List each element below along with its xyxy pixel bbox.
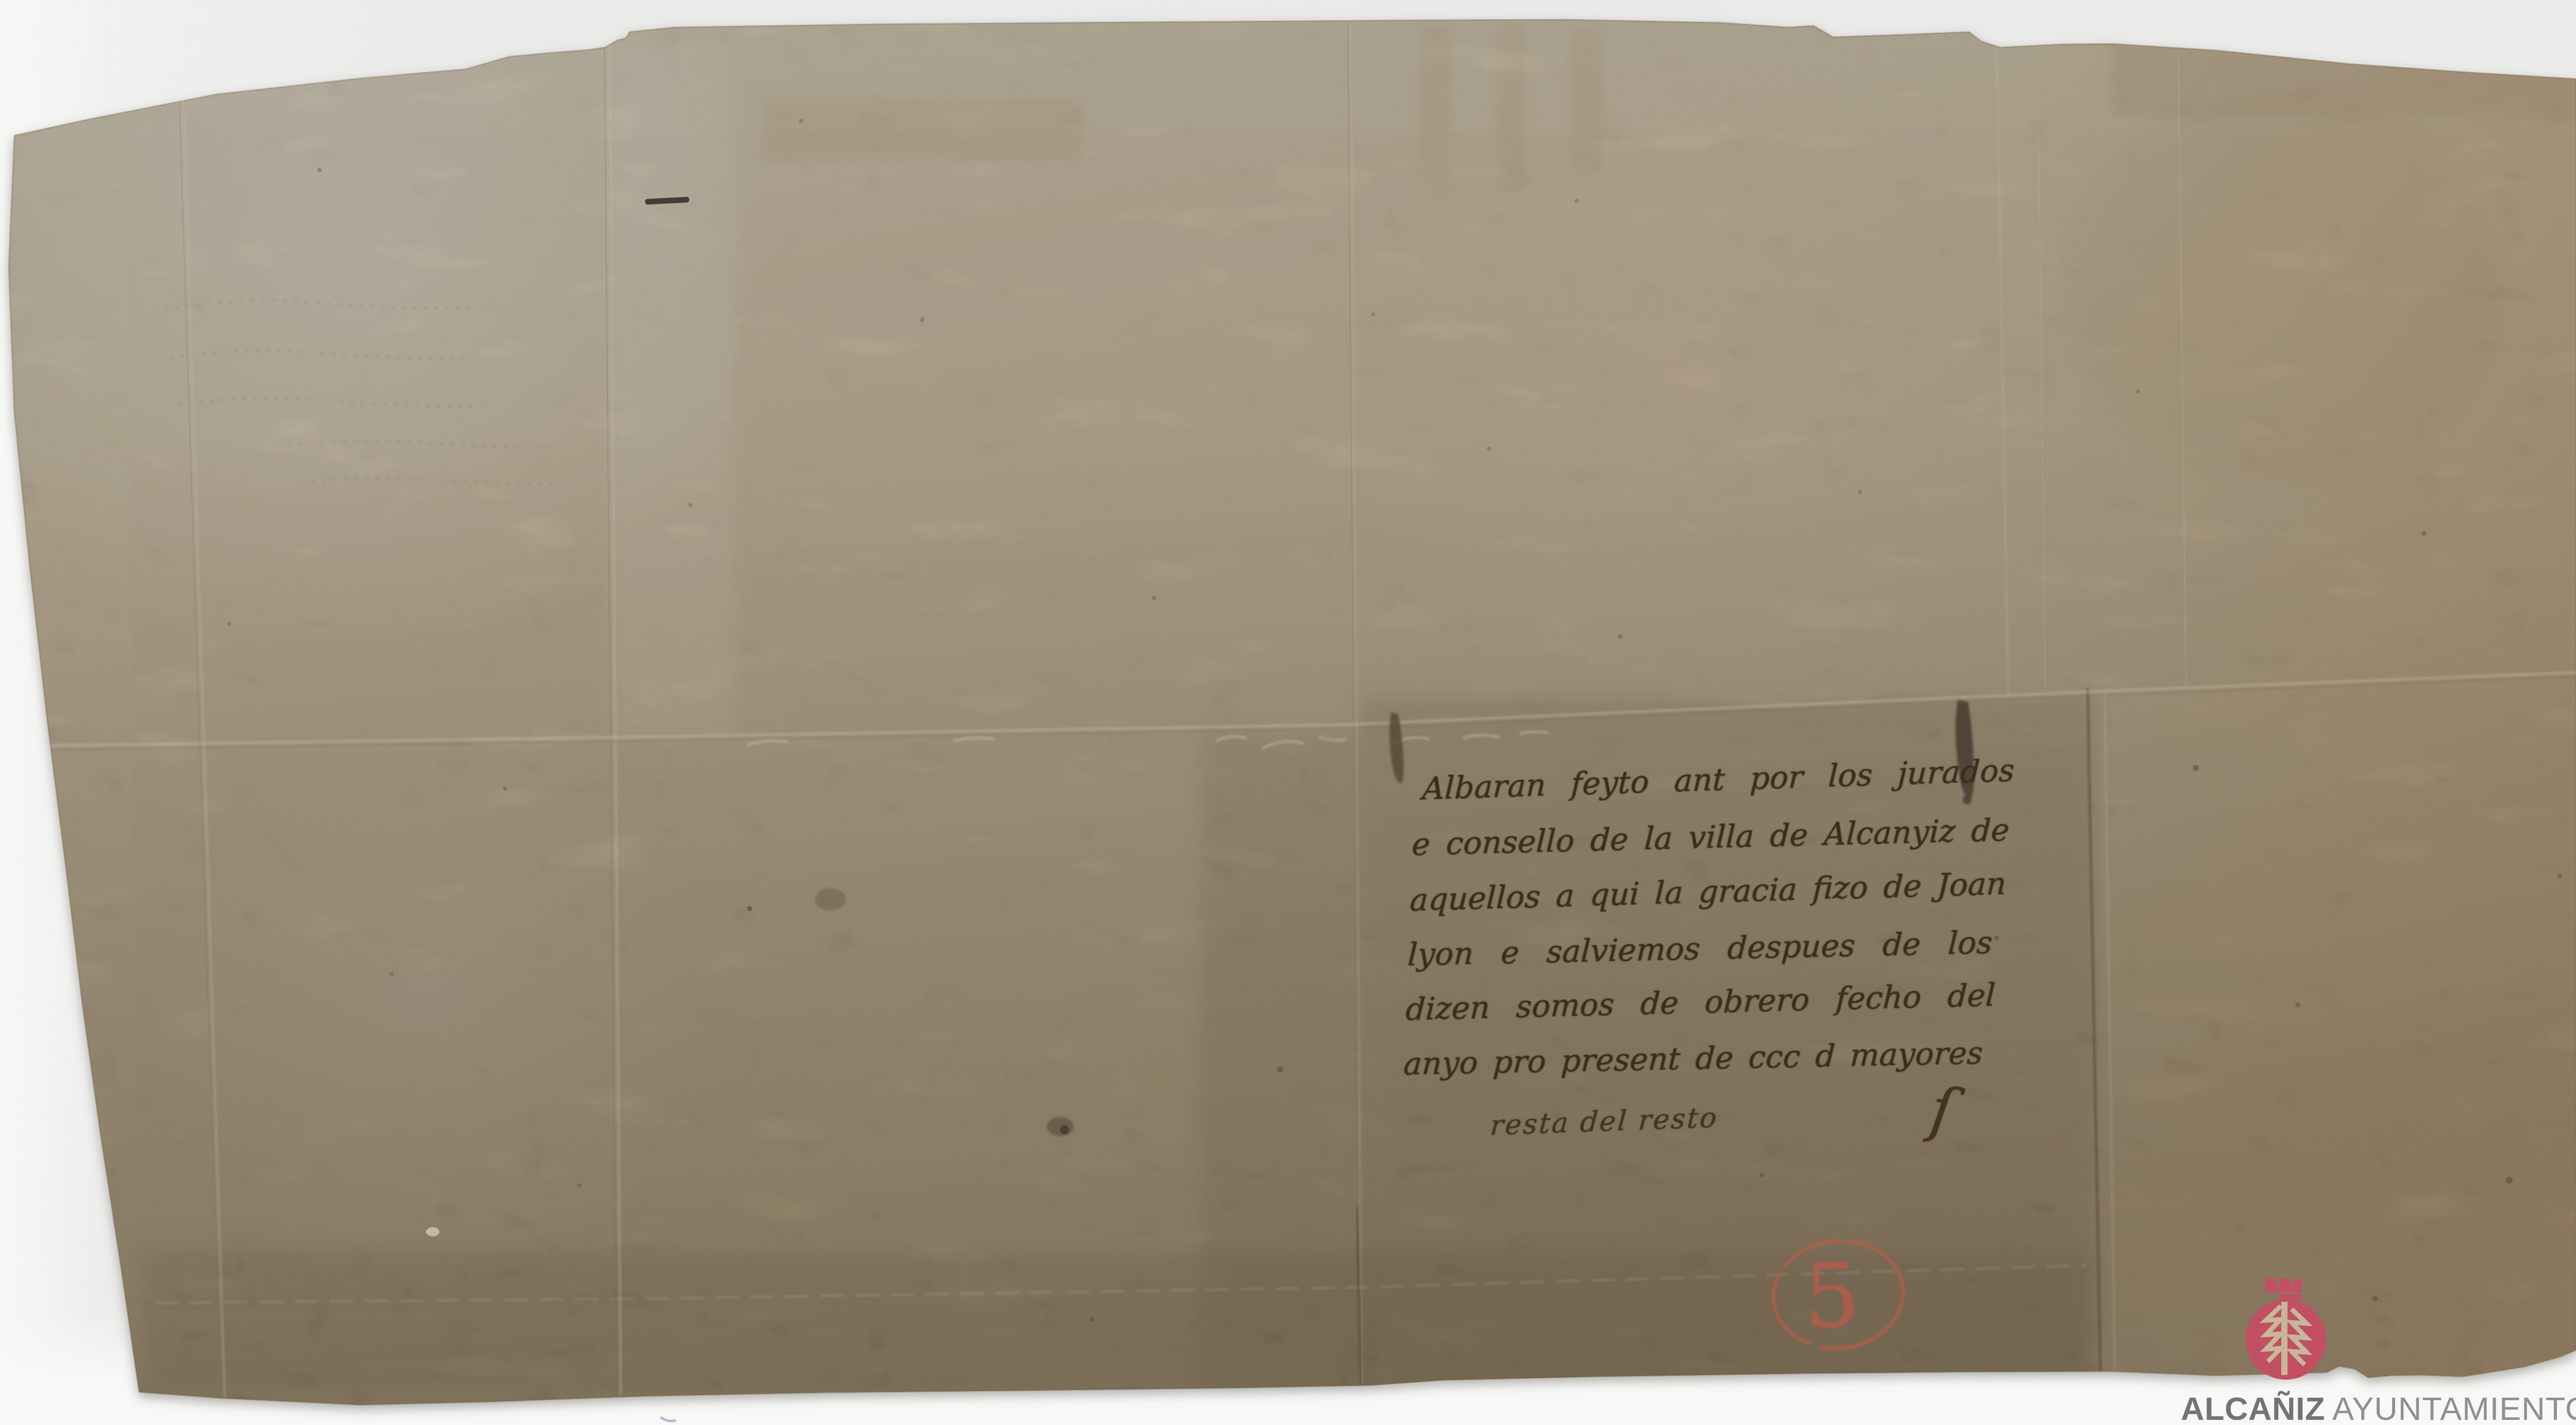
archival-number: 5 xyxy=(1803,1244,1861,1349)
footer-wordmark: ALCAÑIZAYUNTAMIENTO xyxy=(2181,1390,2576,1425)
wordmark-ayuntamiento: AYUNTAMIENTO xyxy=(2332,1391,2576,1425)
blue-pen-fleck xyxy=(660,1417,676,1421)
light-mottling xyxy=(0,0,2576,1425)
wordmark-alcaniz: ALCAÑIZ xyxy=(2181,1391,2325,1425)
parchment-artwork: 5 xyxy=(0,0,2576,1425)
scanned-document-canvas: 5 Albaran feyto ant por los jurados e co… xyxy=(0,0,2576,1425)
